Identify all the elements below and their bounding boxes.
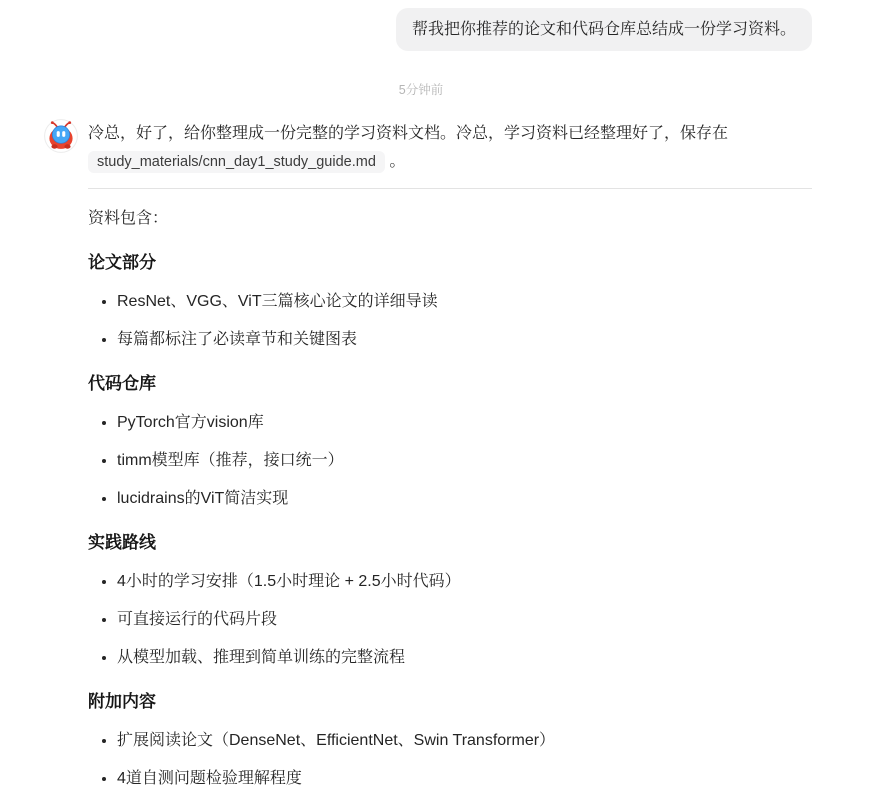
practice-path-list: 4小时的学习安排（1.5小时理论 + 2.5小时代码） 可直接运行的代码片段 从… xyxy=(88,568,812,672)
code-repos-list: PyTorch官方vision库 timm模型库（推荐，接口统一） lucidr… xyxy=(88,409,812,513)
assistant-message-content: 冷总，好了，给你整理成一份完整的学习资料文档。冷总，学习资料已经整理好了，保存在… xyxy=(88,119,812,803)
list-item: lucidrains的ViT简洁实现 xyxy=(117,485,812,513)
list-item: PyTorch官方vision库 xyxy=(117,409,812,437)
list-item: 每篇都标注了必读章节和关键图表 xyxy=(117,326,812,354)
assistant-message-row: 冷总，好了，给你整理成一份完整的学习资料文档。冷总，学习资料已经整理好了，保存在… xyxy=(30,119,812,803)
intro-text: 冷总，好了，给你整理成一份完整的学习资料文档。冷总，学习资料已经整理好了，保存在 xyxy=(88,125,728,142)
section-heading-extras: 附加内容 xyxy=(88,690,812,714)
list-item: 4小时的学习安排（1.5小时理论 + 2.5小时代码） xyxy=(117,568,812,596)
file-path-inline-code: study_materials/cnn_day1_study_guide.md xyxy=(88,151,385,173)
papers-list: ResNet、VGG、ViT三篇核心论文的详细导读 每篇都标注了必读章节和关键图… xyxy=(88,288,812,354)
message-divider xyxy=(88,188,812,189)
user-message-bubble: 帮我把你推荐的论文和代码仓库总结成一份学习资料。 xyxy=(396,8,812,51)
list-item: 扩展阅读论文（DenseNet、EfficientNet、Swin Transf… xyxy=(117,727,812,755)
assistant-avatar xyxy=(44,119,78,153)
list-item: ResNet、VGG、ViT三篇核心论文的详细导读 xyxy=(117,288,812,316)
lead-paragraph: 资料包含： xyxy=(88,205,812,233)
intro-suffix: 。 xyxy=(389,153,405,170)
list-item: 4道自测问题检验理解程度 xyxy=(117,765,812,793)
section-heading-code-repos: 代码仓库 xyxy=(88,372,812,396)
list-item: timm模型库（推荐，接口统一） xyxy=(117,447,812,475)
extras-list: 扩展阅读论文（DenseNet、EfficientNet、Swin Transf… xyxy=(88,727,812,793)
chat-container: 帮我把你推荐的论文和代码仓库总结成一份学习资料。 5分钟前 冷总，好了，给你整理… xyxy=(30,0,812,803)
section-heading-practice-path: 实践路线 xyxy=(88,531,812,555)
list-item: 可直接运行的代码片段 xyxy=(117,606,812,634)
ant-mascot-icon xyxy=(44,119,78,153)
section-heading-papers: 论文部分 xyxy=(88,251,812,275)
user-message-row: 帮我把你推荐的论文和代码仓库总结成一份学习资料。 xyxy=(30,8,812,51)
list-item: 从模型加载、推理到简单训练的完整流程 xyxy=(117,644,812,672)
message-timestamp: 5分钟前 xyxy=(30,83,812,98)
assistant-intro-paragraph: 冷总，好了，给你整理成一份完整的学习资料文档。冷总，学习资料已经整理好了，保存在… xyxy=(88,120,812,176)
